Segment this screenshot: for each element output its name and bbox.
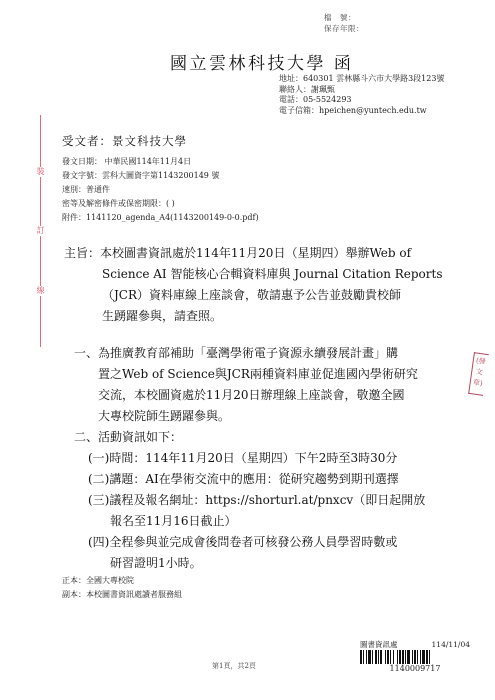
copy-recipient: 副本：本校圖書資訊處讀者服務組	[62, 588, 182, 602]
distribution: 正本：全國大專校院 副本：本校圖書資訊處讀者服務組	[62, 574, 182, 602]
speed: 速別：普通件	[62, 183, 259, 197]
body-section: 一、為推廣教育部補助「臺灣學術電子資源永續發展計畫」購 置之Web of Sci…	[74, 343, 474, 574]
issue-date: 發文日期： 中華民國114年11月4日	[62, 155, 259, 169]
activity-item-topic: (二)講題：AI在學術交流中的應用：從研究趨勢到期刊選擇	[74, 469, 474, 490]
subject-section: 主旨：本校圖書資訊處於114年11月20日（星期四）舉辦Web of Scien…	[64, 243, 464, 327]
barcode-block: 圖書資訊處 114/11/04 1140009717	[360, 640, 470, 673]
section1-line: 交流，本校圖資處於11月20日辦理線上座談會，敬邀全國	[74, 385, 474, 406]
stamp-text: (發文章)	[472, 356, 486, 390]
activity-item-certificate-cont: 研習證明1小時。	[74, 553, 474, 574]
attachment: 附件：1141120_agenda_A4(1143200149-0-0.pdf)	[62, 211, 259, 225]
activity-item-certificate: (四)全程參與並完成會後問卷者可核發公務人員學習時數或	[74, 532, 474, 553]
section2-heading: 二、活動資訊如下：	[74, 427, 474, 448]
contact-block: 地址：640301 雲林縣斗六市大學路3段123號 聯絡人：謝珮甄 電話：05-…	[279, 74, 494, 116]
barcode-number: 1140009717	[360, 664, 470, 673]
subject-line: Science AI 智能核心合輯資料庫與 Journal Citation R…	[64, 264, 464, 285]
archive-fields: 檔 號： 保存年限：	[324, 12, 424, 34]
activity-item-registration: (三)議程及報名網址：https://shorturl.at/pnxcv（即日起…	[74, 490, 474, 511]
phone: 電話：05-5524293	[279, 95, 494, 106]
binding-label-ding: 訂	[34, 226, 47, 236]
email: 電子信箱：hpeichen@yuntech.edu.tw	[279, 106, 494, 117]
retention-label: 保存年限：	[324, 23, 424, 34]
meta-fields: 發文日期： 中華民國114年11月4日 發文字號：雲科大圖資字第11432001…	[62, 155, 259, 225]
recipient: 受文者：景文科技大學	[62, 133, 187, 149]
file-number-label: 檔 號：	[324, 12, 424, 23]
section1-line: 大專校院師生踴躍參與。	[74, 406, 474, 427]
original-recipient: 正本：全國大專校院	[62, 574, 182, 588]
section1-line: 一、為推廣教育部補助「臺灣學術電子資源永續發展計畫」購	[74, 343, 474, 364]
activity-item-time: (一)時間：114年11月20日（星期四）下午2時至3時30分	[74, 448, 474, 469]
barcode-bars	[360, 650, 470, 664]
subject-line: 主旨：本校圖書資訊處於114年11月20日（星期四）舉辦Web of	[64, 243, 464, 264]
section1-line: 置之Web of Science與JCR兩種資料庫並促進國內學術研究	[74, 364, 474, 385]
subject-line: 生踴躍參與，請查照。	[64, 306, 464, 327]
document-title: 國立雲林科技大學 函	[170, 49, 353, 74]
security-level: 密等及解密條件或保密期限：( )	[62, 197, 259, 211]
binding-label-zhuang: 裝	[34, 167, 47, 177]
contact-person: 聯絡人：謝珮甄	[279, 85, 494, 96]
binding-label-xian: 線	[34, 286, 47, 296]
issue-number: 發文字號：雲科大圖資字第1143200149 號	[62, 169, 259, 183]
page-number: 第1頁，共2頁	[212, 661, 256, 671]
subject-line: （JCR）資料庫線上座談會，敬請惠予公告並鼓勵貴校師	[64, 285, 464, 306]
address: 地址：640301 雲林縣斗六市大學路3段123號	[279, 74, 494, 85]
barcode-unit: 圖書資訊處	[360, 640, 398, 649]
activity-item-registration-cont: 報名至11月16日截止）	[74, 511, 474, 532]
barcode-date: 114/11/04	[432, 640, 470, 649]
